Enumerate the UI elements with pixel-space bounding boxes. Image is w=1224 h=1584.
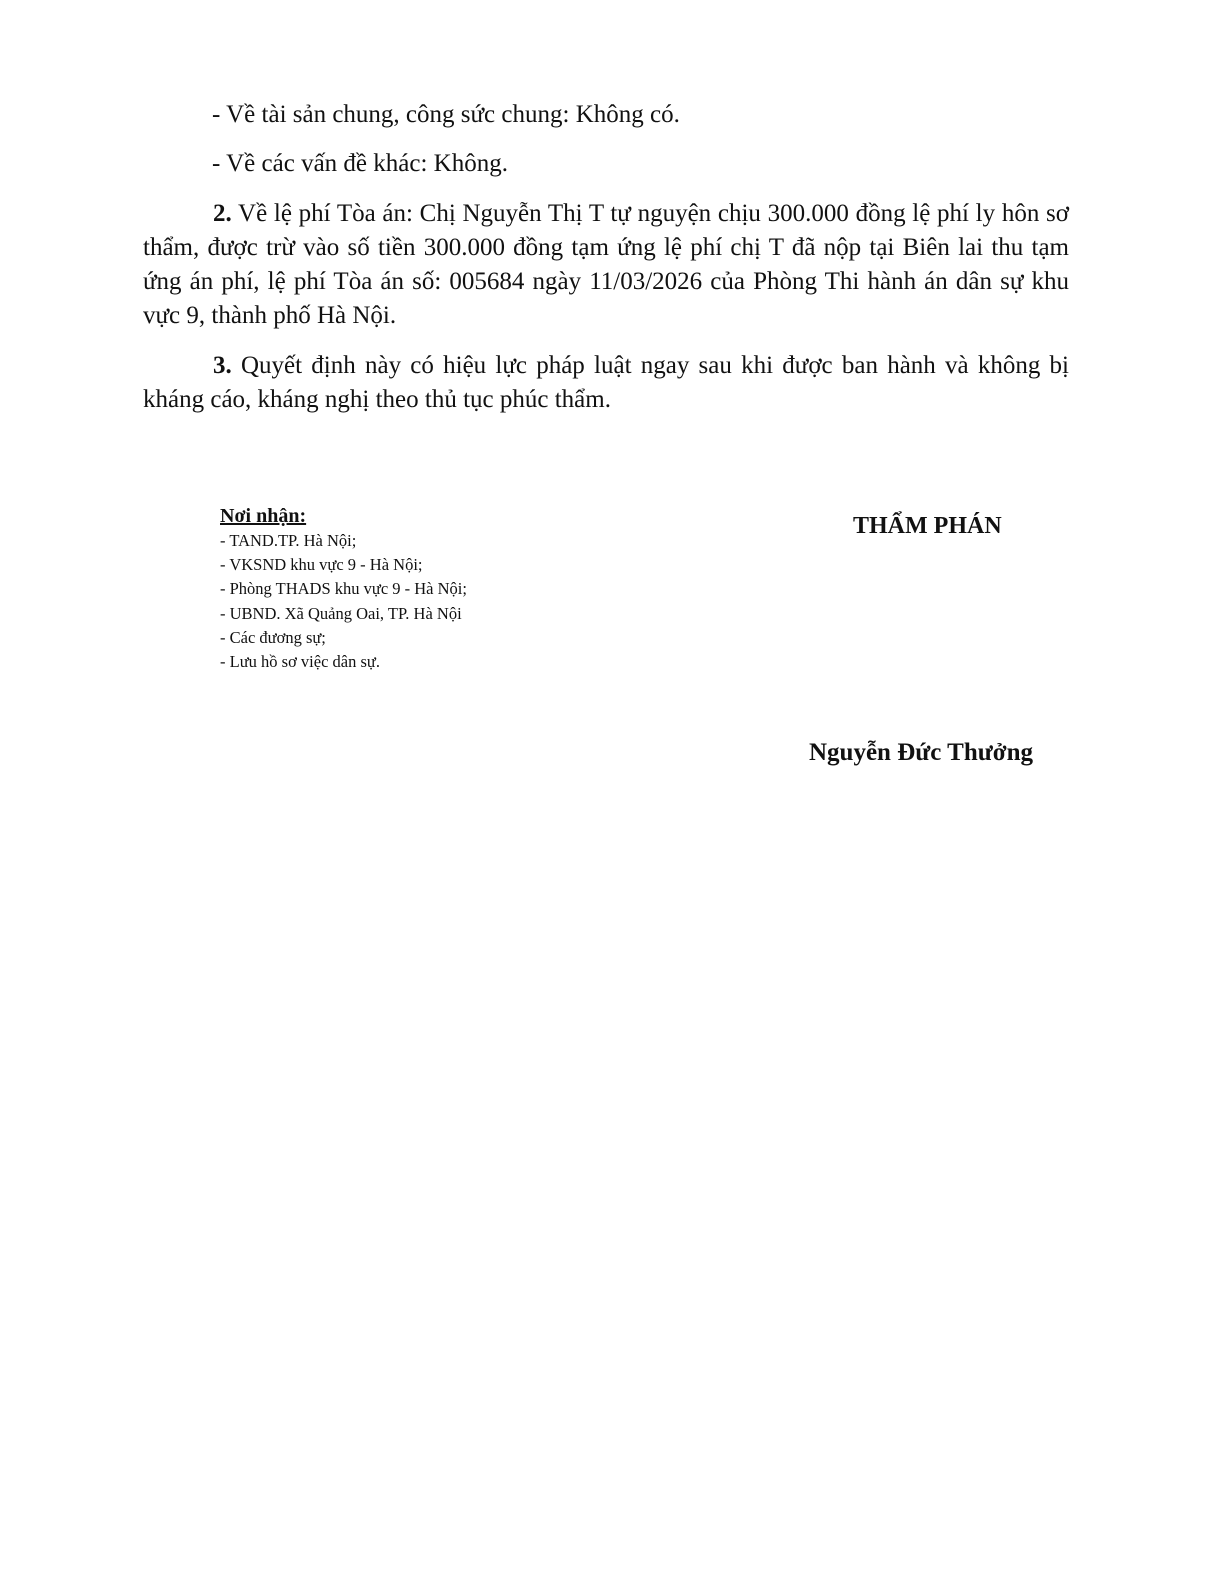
recipients-heading: Nơi nhận: [220,503,467,529]
bullet-common-property: - Về tài sản chung, công sức chung: Khôn… [212,98,680,132]
section-2-text: Về lệ phí Tòa án: Chị Nguyễn Thị T tự ng… [143,200,1069,329]
recipients-block: Nơi nhận: - TAND.TP. Hà Nội; - VKSND khu… [220,503,467,674]
recipient-item: - VKSND khu vực 9 - Hà Nội; [220,553,467,577]
section-2-number: 2. [213,200,232,227]
signature-name: Nguyễn Đức Thưởng [809,736,1033,770]
recipient-item: - TAND.TP. Hà Nội; [220,529,467,553]
recipient-item: - UBND. Xã Quảng Oai, TP. Hà Nội [220,602,467,626]
recipient-item: - Lưu hồ sơ việc dân sự. [220,650,467,674]
section-3-number: 3. [213,352,232,379]
section-3-text: Quyết định này có hiệu lực pháp luật nga… [143,352,1069,413]
section-3-effect: 3. Quyết định này có hiệu lực pháp luật … [143,349,1069,417]
recipient-item: - Các đương sự; [220,626,467,650]
document-page: - Về tài sản chung, công sức chung: Khôn… [0,0,1224,1584]
signature-title: THẨM PHÁN [853,509,1002,543]
recipient-item: - Phòng THADS khu vực 9 - Hà Nội; [220,577,467,601]
bullet-other-issues: - Về các vấn đề khác: Không. [212,147,508,181]
section-2-court-fee: 2. Về lệ phí Tòa án: Chị Nguyễn Thị T tự… [143,197,1069,333]
